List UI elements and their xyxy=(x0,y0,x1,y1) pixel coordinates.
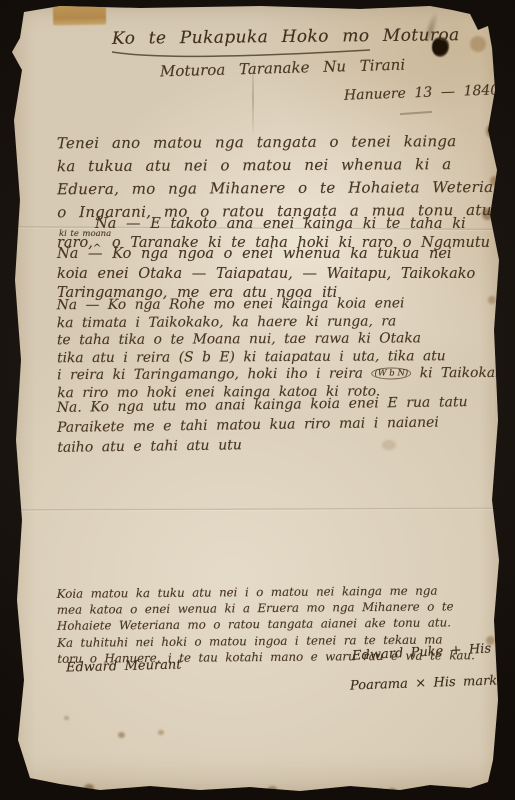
text-line: i reira ki Taringamango, hoki iho i reir… xyxy=(57,365,512,385)
foxing-spot xyxy=(388,788,396,794)
paragraph-5: Na. Ko nga utu mo anai kainga koia enei … xyxy=(57,392,469,458)
date-line: Hanuere 13 — 1840 xyxy=(344,82,500,103)
document-paper: Ko te Pukapuka Hoko mo Moturoa Moturoa T… xyxy=(0,0,515,800)
paragraph-4: Na — Ko nga Rohe mo enei kainga koia ene… xyxy=(57,295,512,403)
foxing-spot xyxy=(84,784,94,792)
text-line: Na — E takoto ana enei kainga ki te taha… xyxy=(57,215,490,234)
fold-crease xyxy=(10,507,503,512)
text-line: ka tukua atu nei o matou nei whenua ki a xyxy=(57,153,513,178)
foxing-spot xyxy=(64,716,69,720)
signature-signer-2: Poarama × His mark xyxy=(350,673,498,693)
foxing-spot xyxy=(118,732,125,738)
foxing-spot xyxy=(158,730,164,735)
photo-background: Ko te Pukapuka Hoko mo Moturoa Moturoa T… xyxy=(0,0,515,800)
paragraph-1: Tenei ano matou nga tangata o tenei kain… xyxy=(57,130,513,224)
compass-note: (W b N) xyxy=(372,368,412,380)
line-part: ki Taikokako xyxy=(420,365,512,381)
text-line: koia enei Otaka — Taiapatau, — Waitapu, … xyxy=(57,265,475,285)
signature-witness: Edward Meurant xyxy=(66,657,182,675)
edge-stain xyxy=(470,36,486,52)
text-line: Tenei ano matou nga tangata o tenei kain… xyxy=(57,130,513,155)
text-line: Na — Ko nga ngoa o enei whenua ka tukua … xyxy=(57,245,475,265)
pencil-dash xyxy=(400,111,432,115)
foxing-spot xyxy=(268,786,277,793)
text-line: Eduera, mo nga Mihanere o te Hohaieta We… xyxy=(57,176,513,201)
interlinear-insertion: ki te moana xyxy=(59,225,111,244)
line-part: i reira ki Taringamango, hoki iho i reir… xyxy=(57,366,363,384)
tape-residue-stain xyxy=(53,2,106,26)
